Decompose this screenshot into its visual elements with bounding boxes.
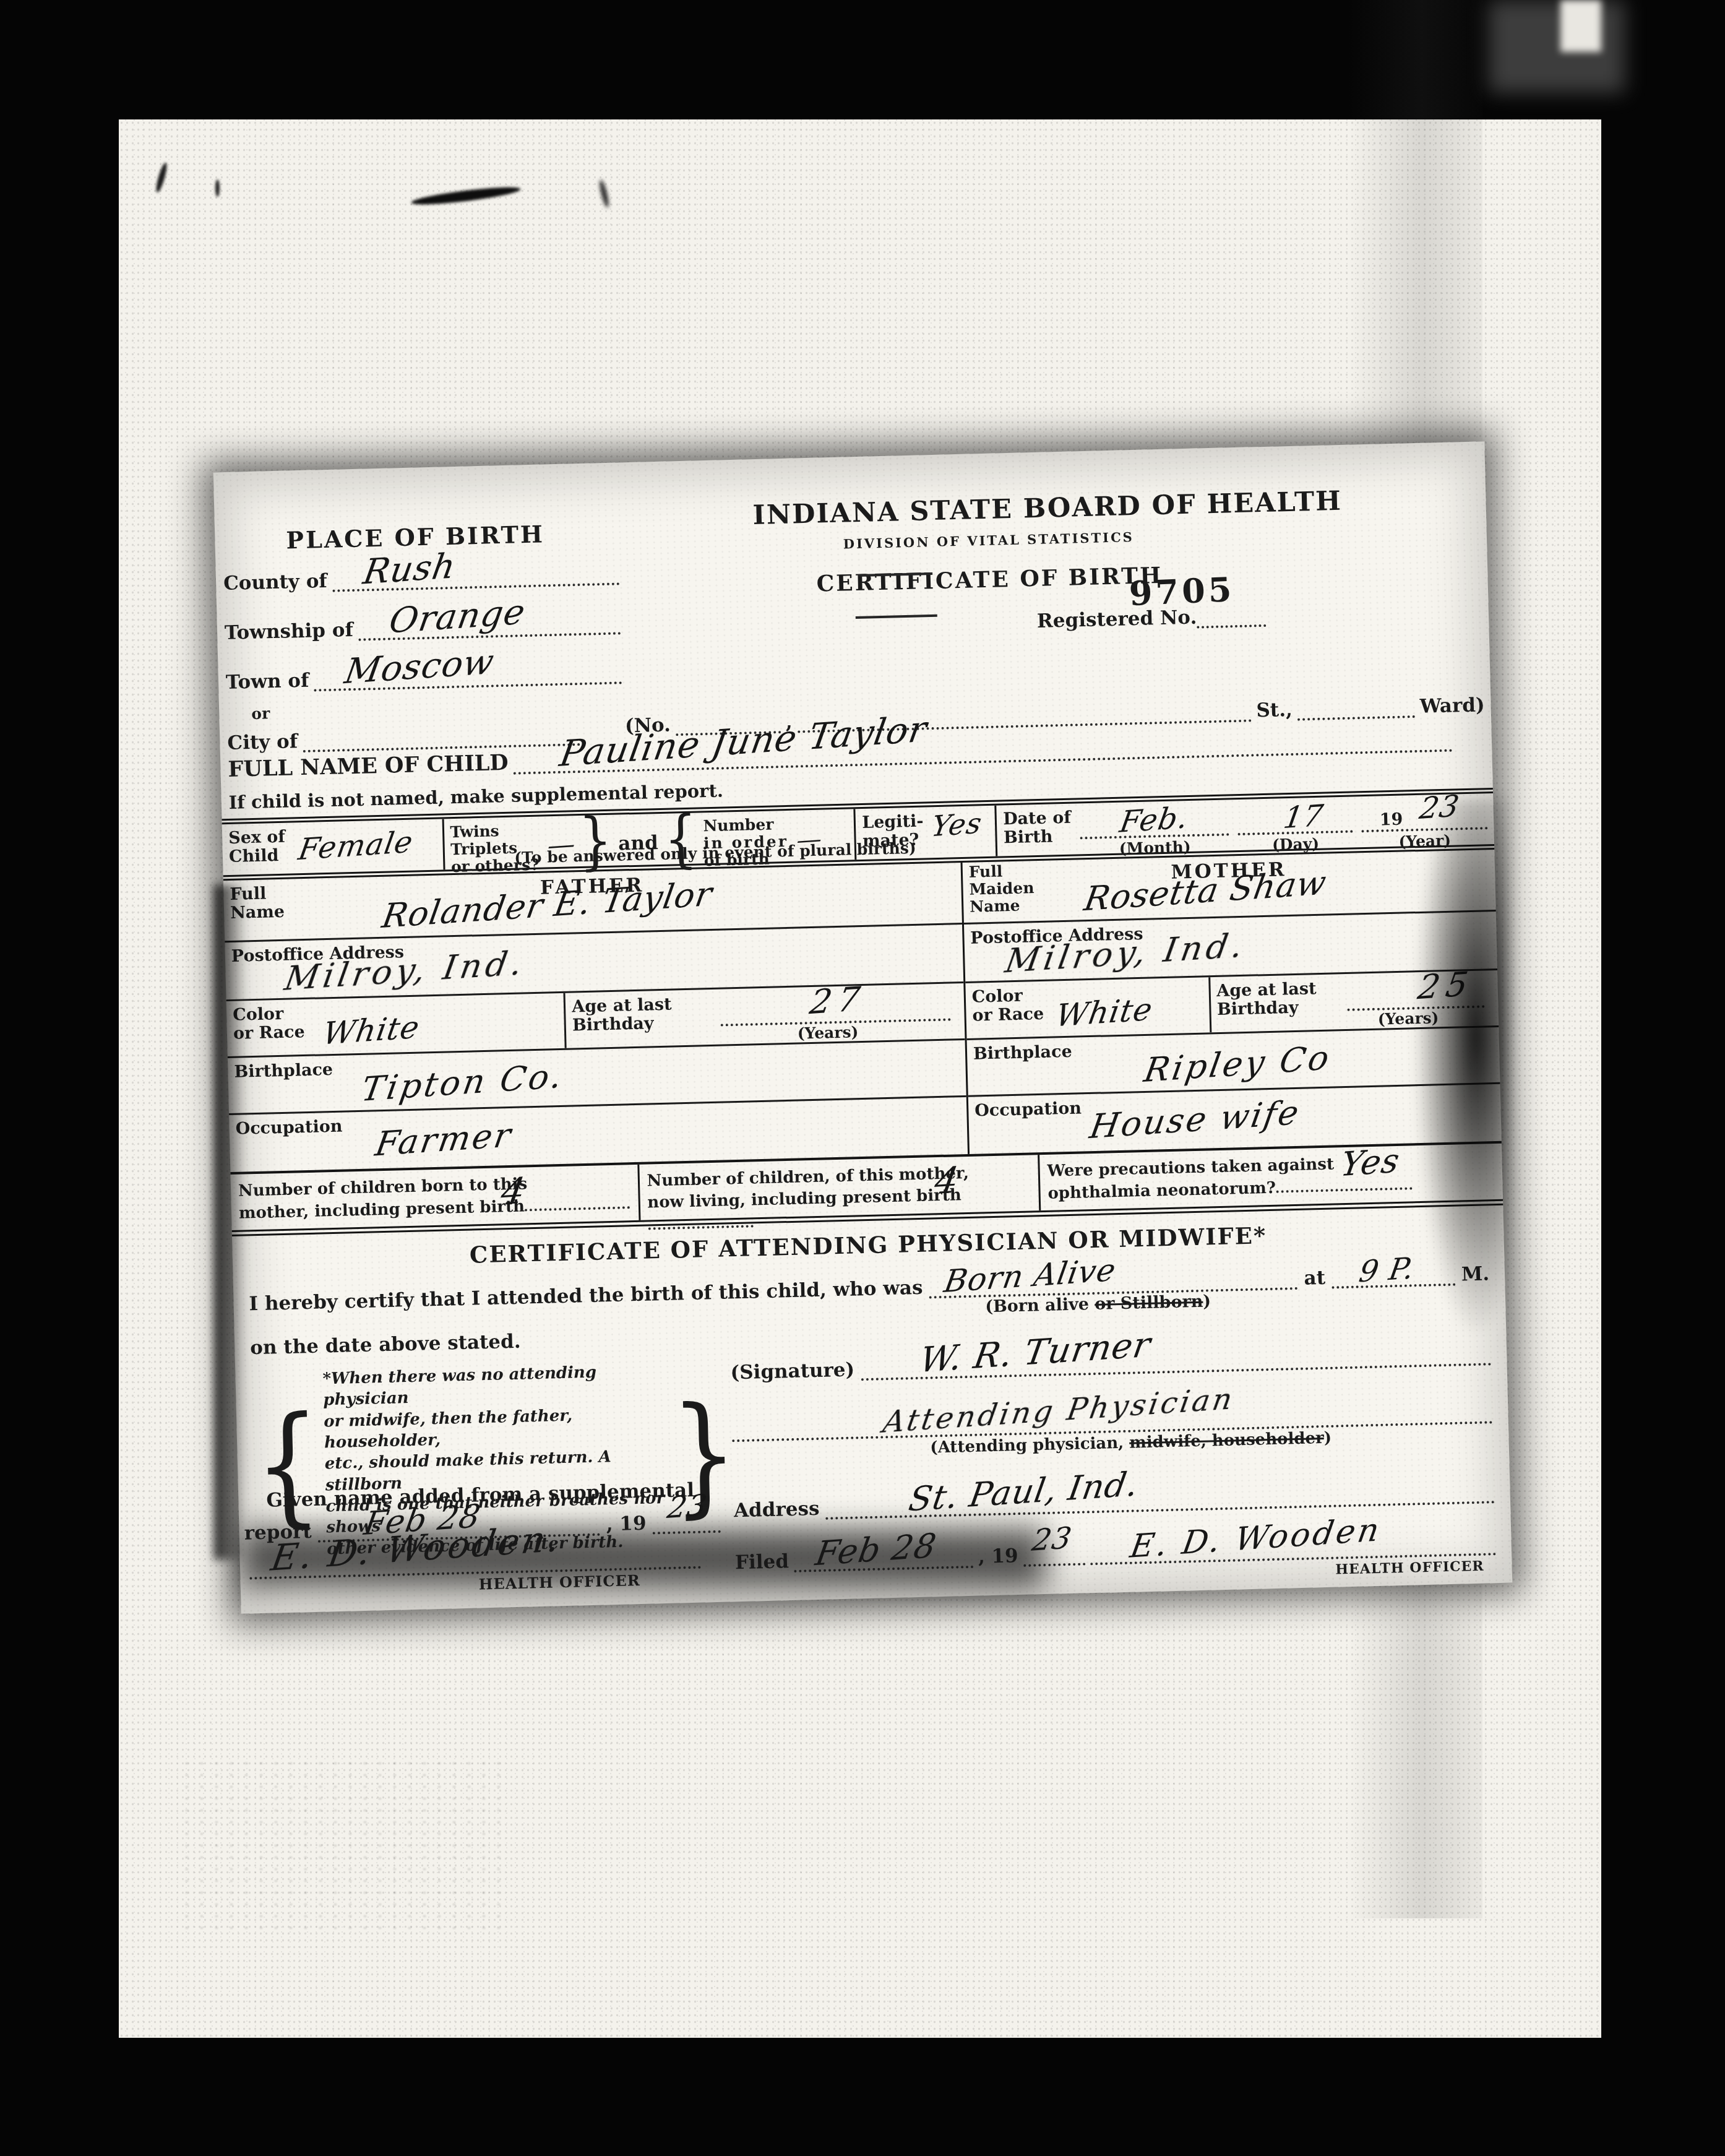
scanned-photo-stage: PLACE OF BIRTH County of Rush Township o… [0,0,1725,2156]
scan-highlight-top-right [1560,0,1601,52]
scan-smudge-top-right [1489,0,1625,93]
scanned-page [119,119,1601,2038]
